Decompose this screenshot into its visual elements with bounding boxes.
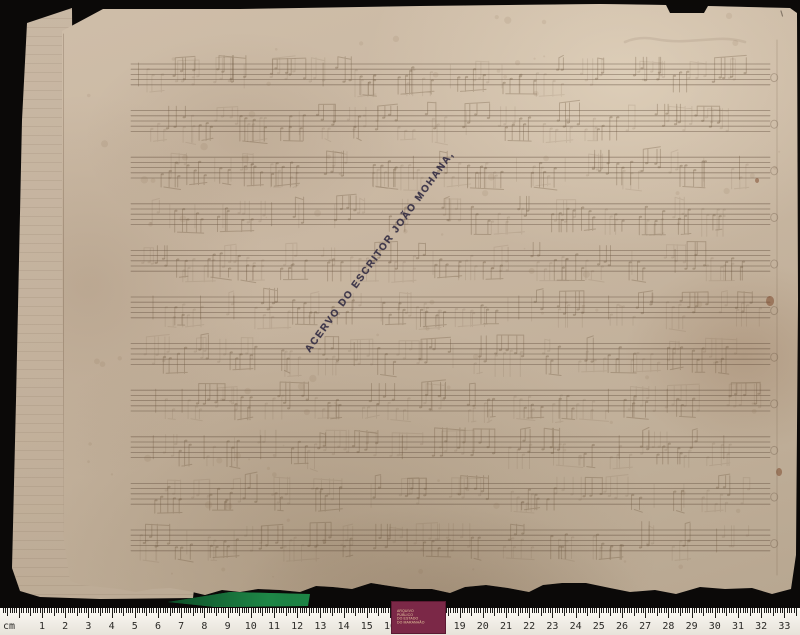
ruler-tick [211,608,212,613]
ruler-tick [65,608,66,618]
ruler-tick [300,608,301,613]
ruler-tick [467,608,468,613]
ruler-tick [355,608,356,616]
ruler-number: 22 [523,621,535,633]
ruler-number: 3 [85,621,91,633]
ruler-tick [515,608,516,613]
ruler-tick [522,608,523,613]
ruler-tick [142,608,143,613]
ruler-tick [151,608,152,613]
ruler-tick [629,608,630,613]
ruler-tick [304,608,305,613]
ruler-tick [766,608,767,613]
ruler-tick [130,608,131,613]
ruler-tick [494,608,495,616]
ruler-tick [33,608,34,613]
ruler-tick [583,608,584,613]
ruler-tick [358,608,359,613]
ruler-tick [79,608,80,613]
ruler-tick [223,608,224,613]
ruler-tick [42,608,43,618]
ruler-tick [617,608,618,613]
ruler-tick [344,608,345,618]
ruler-tick [761,608,762,618]
ruler-tick [156,608,157,613]
ruler-tick [74,608,75,613]
ruler-tick [286,608,287,616]
ruler-tick [385,608,386,613]
ruler-tick [332,608,333,616]
ruler-tick [334,608,335,613]
ruler-tick [177,608,178,613]
ruler-tick [719,608,720,613]
ruler-tick [311,608,312,613]
ruler-tick [323,608,324,613]
ruler-tick [253,608,254,613]
ruler-tick [682,608,683,613]
ruler-tick [28,608,29,613]
ruler-number: 13 [314,621,326,633]
ruler-tick [188,608,189,613]
ruler-tick [216,608,217,616]
ruler-tick [88,608,89,618]
ruler-tick [740,608,741,613]
ruler-tick [627,608,628,613]
ruler-tick [745,608,746,613]
measurement-ruler: cm 1234567891011121314151617181920212223… [0,608,800,635]
ruler-tick [592,608,593,613]
ruler-tick [325,608,326,613]
ruler-tick [77,608,78,616]
ruler-tick [782,608,783,613]
ruler-tick [777,608,778,613]
ruler-number: 8 [201,621,207,633]
ruler-tick [316,608,317,613]
ruler-tick [710,608,711,613]
ruler-tick [290,608,291,613]
ruler-tick [195,608,196,613]
ruler-tick [536,608,537,613]
edge-spots [755,178,782,476]
ruler-tick [281,608,282,613]
ruler-tick [599,608,600,618]
ruler-number: 12 [291,621,303,633]
ruler-tick [221,608,222,613]
ruler-tick [255,608,256,613]
ruler-tick [638,608,639,613]
ruler-tick [703,608,704,616]
ruler-tick [37,608,38,613]
ruler-tick [722,608,723,613]
ruler-tick [545,608,546,613]
ruler-tick [768,608,769,613]
ruler-tick [780,608,781,613]
ruler-tick [550,608,551,613]
ruler-tick [794,608,795,613]
ruler-tick [501,608,502,613]
ruler-tick [12,608,13,613]
badge-line: DO MARANHÃO [397,621,425,625]
ruler-tick [448,608,449,616]
ruler-tick [736,608,737,613]
ruler-tick [102,608,103,613]
ruler-tick [276,608,277,613]
ruler-tick [193,608,194,616]
ruler-tick [712,608,713,613]
ruler-tick [3,608,4,613]
ruler-tick [490,608,491,613]
ruler-tick [105,608,106,613]
ruler-tick [23,608,24,613]
ruler-tick [606,608,607,613]
ruler-tick [146,608,147,616]
ruler-number: 28 [662,621,674,633]
ruler-number: 7 [178,621,184,633]
ruler-number: 1 [39,621,45,633]
ruler-tick [339,608,340,613]
ruler-tick [114,608,115,613]
ruler-tick [675,608,676,613]
ruler-tick [100,608,101,616]
faded-note-stems [140,56,761,562]
ruler-tick [571,608,572,613]
ruler-number: 20 [477,621,489,633]
ruler-tick [160,608,161,613]
ruler-tick [153,608,154,613]
ruler-tick [309,608,310,616]
ruler-tick [272,608,273,613]
ruler-tick [348,608,349,613]
ruler-number: 10 [245,621,257,633]
ruler-tick [648,608,649,613]
ruler-number: 25 [593,621,605,633]
ruler-tick [112,608,113,618]
ruler-tick [225,608,226,613]
ruler-tick [497,608,498,613]
ruler-number: 29 [686,621,698,633]
manuscript-page: ACERVO DO ESCRITOR JOÃO MOHANA, [0,0,800,635]
ruler-tick [594,608,595,613]
ruler-tick [492,608,493,613]
ruler-number: 15 [361,621,373,633]
ruler-tick [369,608,370,613]
ruler-tick [242,608,243,613]
corner-mark [781,11,783,16]
ruler-tick [126,608,127,613]
ruler-tick [457,608,458,613]
ruler-tick [738,608,739,618]
ruler-tick [499,608,500,613]
ruler-tick [47,608,48,613]
ruler-tick [58,608,59,613]
ruler-tick [580,608,581,613]
ruler-tick [44,608,45,613]
ruler-tick [559,608,560,613]
ruler-tick [520,608,521,613]
ruler-tick [450,608,451,613]
ruler-number: 11 [268,621,280,633]
ruler-tick [555,608,556,613]
ruler-number: 30 [709,621,721,633]
ruler-tick [330,608,331,613]
ruler-tick [601,608,602,613]
ruler-tick [165,608,166,613]
ruler-tick [569,608,570,613]
ruler-tick [232,608,233,613]
ruler-tick [237,608,238,613]
ruler-tick [573,608,574,613]
ruler-tick [209,608,210,613]
ruler-tick [759,608,760,613]
ruler-tick [775,608,776,613]
ruler-unit-label: cm [3,621,15,633]
ruler-tick [235,608,236,613]
ruler-tick [200,608,201,613]
ruler-tick [295,608,296,613]
ruler-tick [167,608,168,613]
ruler-tick [283,608,284,613]
ruler-tick [527,608,528,613]
ruler-tick [35,608,36,613]
ruler-tick [119,608,120,613]
ruler-tick [764,608,765,613]
ruler-tick [585,608,586,613]
faded-note-heads [143,66,760,550]
ruler-tick [692,608,693,618]
ruler-tick [687,608,688,613]
ruler-tick [341,608,342,613]
ruler-tick [699,608,700,613]
ruler-tick [318,608,319,613]
ruler-tick [267,608,268,613]
faded-title-scribble [625,38,745,42]
ruler-tick [186,608,187,613]
ruler-number: 9 [225,621,231,633]
ruler-tick [378,608,379,616]
ruler-tick [144,608,145,613]
ruler-tick [596,608,597,613]
ruler-tick [81,608,82,613]
ruler-tick [351,608,352,613]
ruler-number: 31 [732,621,744,633]
ruler-tick [668,608,669,618]
ruler-tick [620,608,621,613]
ruler-tick [508,608,509,613]
ruler-tick [181,608,182,618]
ruler-tick [587,608,588,616]
ruler-tick [260,608,261,613]
ruler-tick [346,608,347,613]
archive-badge-text: ARQUIVO PÚBLICO DO ESTADO DO MARANHÃO [397,610,425,625]
ruler-tick [116,608,117,613]
ruler-tick [743,608,744,613]
ruler-tick [789,608,790,613]
ruler-tick [244,608,245,613]
ruler-tick [615,608,616,613]
ruler-tick [708,608,709,613]
ruler-tick [135,608,136,618]
ruler-tick [773,608,774,616]
ruler-tick [353,608,354,613]
ruler-tick [91,608,92,613]
ruler-tick [636,608,637,613]
ruler-tick [650,608,651,613]
ruler-tick [469,608,470,613]
ruler-tick [381,608,382,613]
ruler-tick [534,608,535,613]
ruler-tick [694,608,695,613]
ruler-tick [478,608,479,613]
ruler-tick [666,608,667,613]
ruler-tick [678,608,679,613]
ruler-tick [128,608,129,613]
ruler-tick [337,608,338,613]
ruler-tick [715,608,716,618]
ruler-tick [608,608,609,613]
ruler-number: 24 [570,621,582,633]
ruler-tick [680,608,681,616]
ruler-tick [279,608,280,613]
ruler-tick [274,608,275,618]
ruler-tick [21,608,22,613]
ruler-tick [70,608,71,613]
ruler-tick [137,608,138,613]
ruler-tick [462,608,463,613]
ruler-tick [258,608,259,613]
ruler-tick [652,608,653,613]
ruler-tick [158,608,159,618]
ruler-tick [664,608,665,613]
ruler-tick [610,608,611,616]
ruler-tick [645,608,646,618]
music-staves-and-notation [0,0,800,635]
ruler-tick [139,608,140,613]
ruler-tick [506,608,507,618]
ruler-tick [603,608,604,613]
ruler-tick [313,608,314,613]
ruler-number: 2 [62,621,68,633]
ruler-tick [726,608,727,616]
ruler-tick [538,608,539,613]
ruler-tick [671,608,672,613]
ruler-tick [578,608,579,613]
ruler-tick [464,608,465,613]
ruler-tick [731,608,732,613]
ruler-tick [179,608,180,613]
ruler-tick [529,608,530,618]
ruler-tick [717,608,718,613]
ruler-tick [460,608,461,618]
ruler-tick [564,608,565,616]
ruler-tick [504,608,505,613]
ruler-number: 5 [132,621,138,633]
ruler-tick [107,608,108,613]
ruler-tick [86,608,87,613]
ruler-tick [170,608,171,616]
ruler-tick [557,608,558,613]
ruler-tick [770,608,771,613]
ruler-tick [228,608,229,618]
ruler-tick [622,608,623,618]
archive-logo-badge: ARQUIVO PÚBLICO DO ESTADO DO MARANHÃO [391,601,446,634]
ruler-tick [163,608,164,613]
ruler-number: 33 [778,621,790,633]
ruler-tick [696,608,697,613]
ruler-tick [562,608,563,613]
ruler-tick [374,608,375,613]
ruler-tick [796,608,797,616]
ruler-tick [132,608,133,613]
ruler-tick [123,608,124,616]
ruler-tick [376,608,377,613]
ruler-tick [230,608,231,613]
ruler-tick [590,608,591,613]
ruler-tick [787,608,788,613]
ruler-tick [752,608,753,613]
ruler-tick [121,608,122,613]
ruler-tick [613,608,614,613]
ruler-tick [634,608,635,616]
ruler-tick [689,608,690,613]
ruler-tick [511,608,512,613]
ruler-tick [525,608,526,613]
ruler-tick [487,608,488,613]
ruler-number: 19 [454,621,466,633]
ruler-tick [750,608,751,616]
ruler-tick [149,608,150,613]
ruler-tick [51,608,52,613]
ruler-tick [701,608,702,613]
ruler-tick [202,608,203,613]
ruler-tick [98,608,99,613]
ruler-tick [174,608,175,613]
ruler-tick [61,608,62,613]
ruler-tick [218,608,219,613]
ruler-tick [204,608,205,618]
ruler-tick [239,608,240,616]
ruler-tick [685,608,686,613]
ruler-tick [190,608,191,613]
ruler-tick [643,608,644,613]
ruler-tick [532,608,533,613]
ruler-tick [367,608,368,618]
ruler-number: 27 [639,621,651,633]
ruler-tick [453,608,454,613]
ruler-tick [747,608,748,613]
ruler-tick [30,608,31,616]
ruler-tick [631,608,632,613]
ruler-tick [109,608,110,613]
ruler-tick [362,608,363,613]
ruler-tick [269,608,270,613]
ruler-tick [364,608,365,613]
ruler-tick [172,608,173,613]
ruler-tick [10,608,11,613]
ruler-tick [54,608,55,616]
ruler-number: 23 [546,621,558,633]
ruler-tick [49,608,50,613]
ruler-tick [93,608,94,613]
ruler-tick [383,608,384,613]
ruler-tick [5,608,6,613]
ruler-tick [541,608,542,616]
ruler-tick [474,608,475,613]
ruler-tick [184,608,185,613]
ruler-tick [7,608,8,616]
ruler-tick [388,608,389,613]
ruler-tick [576,608,577,618]
ruler-tick [248,608,249,613]
